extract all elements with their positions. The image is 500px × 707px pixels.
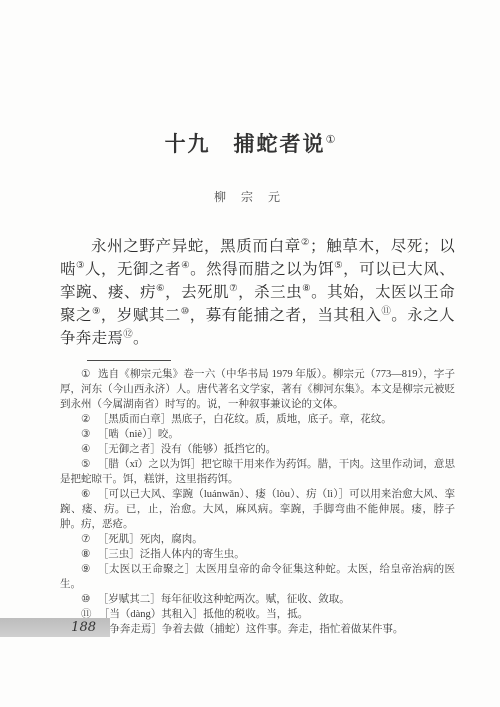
footnote-number: ⑧ bbox=[81, 549, 90, 560]
footnote-number: ⑤ bbox=[81, 459, 91, 470]
footnote-item: ⑧［三虫］泛指人体内的寄生虫。 bbox=[60, 547, 455, 562]
footnote-item: ⑤［腊（xī）之以为饵］把它晾干用来作为药饵。腊，干肉。这里作动词，意思是把蛇晾… bbox=[60, 457, 455, 487]
footnote-item: ⑪［当（dàng）其租入］抵他的税收。当，抵。 bbox=[60, 607, 455, 622]
footnote-ref: ④ bbox=[181, 261, 190, 271]
footnote-ref: ⑥ bbox=[156, 284, 165, 294]
page-number: 188 bbox=[71, 620, 96, 635]
footnote-number: ③ bbox=[81, 429, 90, 440]
footnote-item: ⑦［死肌］死肉，腐肉。 bbox=[60, 532, 455, 547]
footnote-text: ［可以已大风、挛踠（luánwǎn）、瘘（lòu）、疠（lì）］可以用来治愈大风… bbox=[60, 489, 455, 530]
footnote-item: ⑫［争奔走焉］争着去做（捕蛇）这件事。奔走，指忙着做某件事。 bbox=[60, 622, 455, 637]
footnote-number: ① bbox=[81, 369, 91, 380]
footnote-item: ⑨［太医以王命聚之］太医用皇帝的命令征集这种蛇。太医，给皇帝治病的医生。 bbox=[60, 562, 455, 592]
footnote-text: ［黑质而白章］黑底子，白花纹。质，质地，底子。章，花纹。 bbox=[98, 414, 392, 425]
footnote-item: ②［黑质而白章］黑底子，白花纹。质，质地，底子。章，花纹。 bbox=[60, 412, 455, 427]
footnote-text: ［腊（xī）之以为饵］把它晾干用来作为药饵。腊，干肉。这里作动词，意思是把蛇晾干… bbox=[60, 459, 455, 485]
title-text: 十九 捕蛇者说 bbox=[165, 132, 326, 156]
author-name: 柳 宗 元 bbox=[0, 188, 500, 205]
footnote-number: ⑨ bbox=[81, 564, 91, 575]
footnote-ref: ② bbox=[301, 238, 310, 248]
footnote-ref: ⑪ bbox=[381, 307, 391, 317]
footnote-ref: ⑧ bbox=[302, 284, 311, 294]
footnotes-list: ①选自《柳宗元集》卷一六（中华书局 1979 年版）。柳宗元（773—819），… bbox=[60, 367, 455, 637]
footnote-ref: ⑤ bbox=[334, 261, 343, 271]
footnote-number: ⑦ bbox=[81, 534, 90, 545]
footnote-ref: ⑫ bbox=[123, 330, 133, 340]
footnote-number: ⑩ bbox=[81, 594, 90, 605]
page-title: 十九 捕蛇者说① bbox=[0, 0, 500, 158]
footnote-text: ［三虫］泛指人体内的寄生虫。 bbox=[98, 549, 245, 560]
footnote-text: ［争奔走焉］争着去做（捕蛇）这件事。奔走，指忙着做某件事。 bbox=[99, 624, 404, 635]
footnote-text: ［死肌］死肉，腐肉。 bbox=[98, 534, 203, 545]
footnote-text: ［太医以王命聚之］太医用皇帝的命令征集这种蛇。太医，给皇帝治病的医生。 bbox=[60, 564, 455, 590]
footnote-number: ② bbox=[81, 414, 90, 425]
footnote-ref: ⑨ bbox=[92, 307, 101, 317]
textbook-page: 十九 捕蛇者说① 柳 宗 元 永州之野产异蛇，黑质而白章②；触草木，尽死；以啮③… bbox=[0, 0, 500, 707]
footnote-ref: ③ bbox=[76, 261, 85, 271]
footnote-item: ①选自《柳宗元集》卷一六（中华书局 1979 年版）。柳宗元（773—819），… bbox=[60, 367, 455, 412]
footnote-number: ④ bbox=[81, 444, 90, 455]
footnote-text: ［当（dàng）其租入］抵他的税收。当，抵。 bbox=[99, 609, 308, 620]
footnote-text: ［无御之者］没有（能够）抵挡它的。 bbox=[98, 444, 277, 455]
footnote-text: ［岁赋其二］每年征收这种蛇两次。赋，征收、敛取。 bbox=[98, 594, 350, 605]
footnote-number: ⑥ bbox=[81, 489, 91, 500]
footnote-ref: ⑦ bbox=[229, 284, 238, 294]
page-number-bar: 188 bbox=[0, 618, 110, 637]
title-footnote-ref: ① bbox=[326, 134, 336, 146]
footnote-item: ③［啮（niè）］咬。 bbox=[60, 427, 455, 442]
footnote-item: ④［无御之者］没有（能够）抵挡它的。 bbox=[60, 442, 455, 457]
footnote-text: 选自《柳宗元集》卷一六（中华书局 1979 年版）。柳宗元（773—819），字… bbox=[60, 369, 455, 410]
footnote-ref: ⑩ bbox=[181, 307, 190, 317]
footnote-separator bbox=[87, 360, 171, 361]
footnote-text: ［啮（niè）］咬。 bbox=[98, 429, 179, 440]
footnote-item: ⑥［可以已大风、挛踠（luánwǎn）、瘘（lòu）、疠（lì）］可以用来治愈大… bbox=[60, 487, 455, 532]
main-text: 永州之野产异蛇，黑质而白章②；触草木，尽死；以啮③人，无御之者④。然得而腊之以为… bbox=[60, 235, 455, 350]
footnote-item: ⑩［岁赋其二］每年征收这种蛇两次。赋，征收、敛取。 bbox=[60, 592, 455, 607]
